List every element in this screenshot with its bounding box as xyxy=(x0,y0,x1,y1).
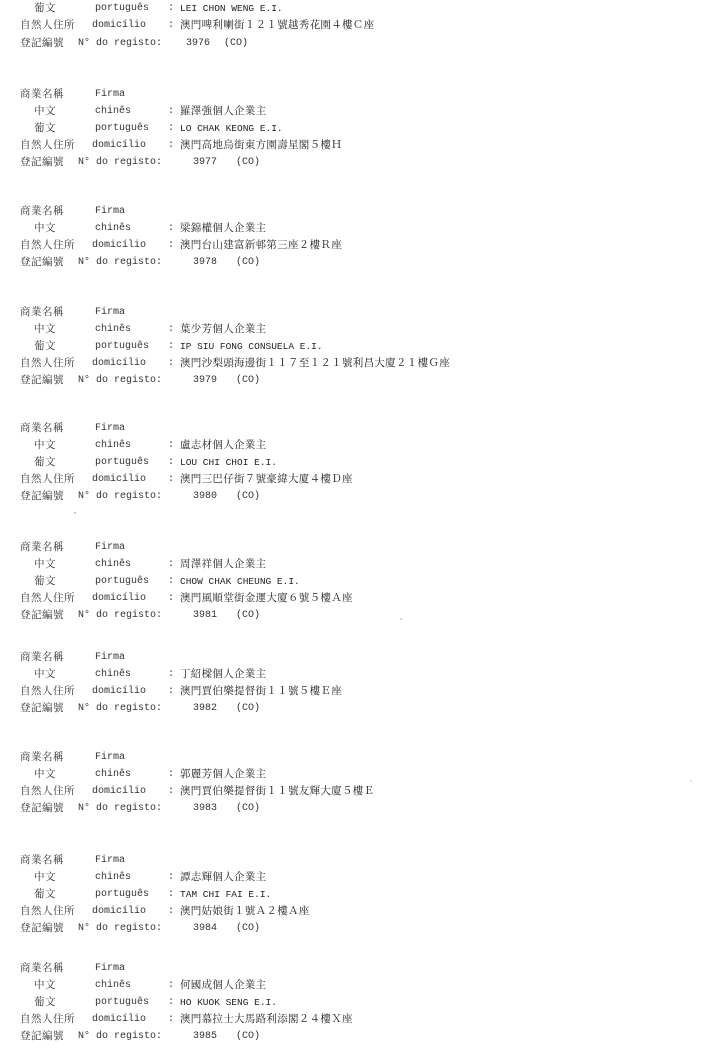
colon: : xyxy=(168,869,174,886)
colon: : xyxy=(168,338,174,355)
colon: : xyxy=(168,977,174,994)
domicile-label-pt: domicílio xyxy=(92,471,146,488)
firm-label-zh: 商業名稱 xyxy=(20,749,64,766)
portuguese-name-row: 葡文 português : CHOW CHAK CHEUNG E.I. xyxy=(0,573,711,590)
registration-number: 3985 xyxy=(193,1028,217,1045)
portuguese-label-pt: português xyxy=(95,0,149,17)
colon: : xyxy=(168,683,174,700)
registration-number: 3982 xyxy=(193,700,217,717)
firm-label-pt: Firma xyxy=(95,203,125,220)
registration-row: 登記編號 N° do registo: 3982 (CO) xyxy=(0,700,711,717)
chinese-label-pt: chinês xyxy=(95,437,131,454)
domicile-label-zh: 自然人住所 xyxy=(20,471,75,488)
portuguese-label-pt: português xyxy=(95,573,149,590)
scan-speck xyxy=(400,618,402,620)
registration-suffix: (CO) xyxy=(236,920,260,937)
registration-suffix: (CO) xyxy=(236,254,260,271)
domicile-label-zh: 自然人住所 xyxy=(20,903,75,920)
firm-label-pt: Firma xyxy=(95,304,125,321)
colon: : xyxy=(168,321,174,338)
firm-heading-row: 商業名稱 Firma xyxy=(0,539,711,556)
registration-label-zh: 登記編號 xyxy=(20,254,64,271)
portuguese-label-zh: 葡文 xyxy=(34,338,56,355)
registration-label-zh: 登記編號 xyxy=(20,700,64,717)
colon: : xyxy=(168,573,174,590)
chinese-name-row: 中文 chinês : 羅澤強個人企業主 xyxy=(0,103,711,120)
chinese-label-zh: 中文 xyxy=(34,220,56,237)
firm-name-pt: LEI CHON WENG E.I. xyxy=(180,0,283,17)
registration-label-zh: 登記編號 xyxy=(20,35,64,52)
domicile-value: 澳門賈伯樂提督街１１號５樓Ｅ座 xyxy=(180,683,342,700)
chinese-name-row: 中文 chinês : 葉少芳個人企業主 xyxy=(0,321,711,338)
chinese-label-pt: chinês xyxy=(95,869,131,886)
colon: : xyxy=(168,103,174,120)
registration-suffix: (CO) xyxy=(236,607,260,624)
portuguese-label-pt: português xyxy=(95,338,149,355)
colon: : xyxy=(168,237,174,254)
scan-speck xyxy=(690,780,692,782)
registration-number: 3979 xyxy=(193,372,217,389)
domicile-label-zh: 自然人住所 xyxy=(20,137,75,154)
firm-heading-row: 商業名稱 Firma xyxy=(0,420,711,437)
portuguese-name-row: 葡文 português : LEI CHON WENG E.I. xyxy=(0,0,711,17)
portuguese-name-row: 葡文 português : LOU CHI CHOI E.I. xyxy=(0,454,711,471)
portuguese-label-zh: 葡文 xyxy=(34,454,56,471)
firm-name-zh: 周澤祥個人企業主 xyxy=(180,556,266,573)
domicile-value: 澳門三巴仔街７號豪緯大廈４樓Ｄ座 xyxy=(180,471,353,488)
firm-label-zh: 商業名稱 xyxy=(20,539,64,556)
firm-name-zh: 何國成個人企業主 xyxy=(180,977,266,994)
registration-row: 登記編號 N° do registo: 3983 (CO) xyxy=(0,800,711,817)
portuguese-label-zh: 葡文 xyxy=(34,120,56,137)
domicile-label-pt: domicílio xyxy=(92,355,146,372)
domicile-row: 自然人住所 domicílio : 澳門啤利喇街１２１號越秀花園４樓Ｃ座 xyxy=(0,17,711,34)
registration-label-zh: 登記編號 xyxy=(20,607,64,624)
chinese-name-row: 中文 chinês : 譚志輝個人企業主 xyxy=(0,869,711,886)
portuguese-label-zh: 葡文 xyxy=(34,886,56,903)
colon: : xyxy=(168,355,174,372)
chinese-label-zh: 中文 xyxy=(34,321,56,338)
registration-suffix: (CO) xyxy=(236,700,260,717)
domicile-row: 自然人住所 domicílio : 澳門三巴仔街７號豪緯大廈４樓Ｄ座 xyxy=(0,471,711,488)
firm-heading-row: 商業名稱 Firma xyxy=(0,749,711,766)
registration-row: 登記編號 N° do registo: 3978 (CO) xyxy=(0,254,711,271)
registration-label-pt: N° do registo: xyxy=(78,254,162,271)
domicile-value: 澳門沙梨頭海邊街１１７至１２１號利昌大廈２１樓Ｇ座 xyxy=(180,355,450,372)
firm-name-pt: TAM CHI FAI E.I. xyxy=(180,886,271,903)
chinese-label-zh: 中文 xyxy=(34,766,56,783)
chinese-name-row: 中文 chinês : 梁錦權個人企業主 xyxy=(0,220,711,237)
firm-name-pt: HO KUOK SENG E.I. xyxy=(180,994,277,1011)
domicile-row: 自然人住所 domicílio : 澳門高地烏街東方園壽星閣５樓Ｈ xyxy=(0,137,711,154)
registration-number: 3977 xyxy=(193,154,217,171)
firm-label-zh: 商業名稱 xyxy=(20,852,64,869)
registration-number: 3980 xyxy=(193,488,217,505)
registration-label-zh: 登記編號 xyxy=(20,920,64,937)
chinese-label-zh: 中文 xyxy=(34,556,56,573)
registration-label-pt: N° do registo: xyxy=(78,1028,162,1045)
firm-label-zh: 商業名稱 xyxy=(20,960,64,977)
domicile-row: 自然人住所 domicílio : 澳門賈伯樂提督街１１號友輝大廈５樓Ｅ xyxy=(0,783,711,800)
domicile-label-pt: domicílio xyxy=(92,17,146,34)
firm-heading-row: 商業名稱 Firma xyxy=(0,203,711,220)
registration-label-zh: 登記編號 xyxy=(20,154,64,171)
chinese-label-zh: 中文 xyxy=(34,103,56,120)
firm-heading-row: 商業名稱 Firma xyxy=(0,304,711,321)
registration-number: 3983 xyxy=(193,800,217,817)
portuguese-label-pt: português xyxy=(95,454,149,471)
domicile-label-zh: 自然人住所 xyxy=(20,355,75,372)
registration-suffix: (CO) xyxy=(236,800,260,817)
firm-label-zh: 商業名稱 xyxy=(20,86,64,103)
colon: : xyxy=(168,783,174,800)
portuguese-label-pt: português xyxy=(95,994,149,1011)
firm-name-zh: 郭麗芳個人企業主 xyxy=(180,766,266,783)
registration-suffix: (CO) xyxy=(236,372,260,389)
domicile-value: 澳門風順堂街金運大廈６號５樓Ａ座 xyxy=(180,590,353,607)
scan-speck xyxy=(74,512,76,514)
firm-name-zh: 盧志材個人企業主 xyxy=(180,437,266,454)
firm-heading-row: 商業名稱 Firma xyxy=(0,960,711,977)
firm-label-pt: Firma xyxy=(95,539,125,556)
chinese-label-pt: chinês xyxy=(95,766,131,783)
domicile-label-pt: domicílio xyxy=(92,903,146,920)
chinese-label-pt: chinês xyxy=(95,220,131,237)
colon: : xyxy=(168,590,174,607)
firm-label-zh: 商業名稱 xyxy=(20,649,64,666)
chinese-label-zh: 中文 xyxy=(34,869,56,886)
portuguese-label-zh: 葡文 xyxy=(34,994,56,1011)
portuguese-name-row: 葡文 português : TAM CHI FAI E.I. xyxy=(0,886,711,903)
registration-label-pt: N° do registo: xyxy=(78,154,162,171)
domicile-value: 澳門慕拉士大馬路利添閣２４樓Ｘ座 xyxy=(180,1011,353,1028)
registration-label-pt: N° do registo: xyxy=(78,488,162,505)
chinese-label-pt: chinês xyxy=(95,103,131,120)
chinese-name-row: 中文 chinês : 周澤祥個人企業主 xyxy=(0,556,711,573)
firm-label-pt: Firma xyxy=(95,852,125,869)
colon: : xyxy=(168,994,174,1011)
registration-row: 登記編號 N° do registo: 3976 (CO) xyxy=(0,35,711,52)
portuguese-name-row: 葡文 português : LO CHAK KEONG E.I. xyxy=(0,120,711,137)
registration-number: 3984 xyxy=(193,920,217,937)
registration-label-pt: N° do registo: xyxy=(78,700,162,717)
domicile-row: 自然人住所 domicílio : 澳門慕拉士大馬路利添閣２４樓Ｘ座 xyxy=(0,1011,711,1028)
domicile-label-zh: 自然人住所 xyxy=(20,17,75,34)
colon: : xyxy=(168,903,174,920)
colon: : xyxy=(168,471,174,488)
chinese-label-pt: chinês xyxy=(95,321,131,338)
domicile-label-zh: 自然人住所 xyxy=(20,1011,75,1028)
domicile-label-pt: domicílio xyxy=(92,137,146,154)
firm-name-pt: CHOW CHAK CHEUNG E.I. xyxy=(180,573,300,590)
gazette-page: 葡文 português : LEI CHON WENG E.I. 自然人住所 … xyxy=(0,0,711,1057)
colon: : xyxy=(168,886,174,903)
domicile-value: 澳門賈伯樂提督街１１號友輝大廈５樓Ｅ xyxy=(180,783,374,800)
colon: : xyxy=(168,17,174,34)
portuguese-label-zh: 葡文 xyxy=(34,0,56,17)
domicile-label-zh: 自然人住所 xyxy=(20,237,75,254)
domicile-label-pt: domicílio xyxy=(92,683,146,700)
firm-name-zh: 葉少芳個人企業主 xyxy=(180,321,266,338)
registration-row: 登記編號 N° do registo: 3984 (CO) xyxy=(0,920,711,937)
firm-heading-row: 商業名稱 Firma xyxy=(0,852,711,869)
domicile-label-pt: domicílio xyxy=(92,1011,146,1028)
firm-label-pt: Firma xyxy=(95,960,125,977)
firm-name-pt: IP SIU FONG CONSUELA E.I. xyxy=(180,338,323,355)
firm-label-zh: 商業名稱 xyxy=(20,420,64,437)
domicile-label-zh: 自然人住所 xyxy=(20,783,75,800)
registration-number: 3981 xyxy=(193,607,217,624)
firm-label-pt: Firma xyxy=(95,86,125,103)
domicile-value: 澳門高地烏街東方園壽星閣５樓Ｈ xyxy=(180,137,342,154)
registration-suffix: (CO) xyxy=(236,154,260,171)
domicile-row: 自然人住所 domicílio : 澳門賈伯樂提督街１１號５樓Ｅ座 xyxy=(0,683,711,700)
chinese-label-pt: chinês xyxy=(95,977,131,994)
colon: : xyxy=(168,766,174,783)
firm-label-pt: Firma xyxy=(95,749,125,766)
chinese-label-pt: chinês xyxy=(95,666,131,683)
registration-label-pt: N° do registo: xyxy=(78,920,162,937)
domicile-row: 自然人住所 domicílio : 澳門台山建富新邨第三座２樓Ｒ座 xyxy=(0,237,711,254)
domicile-label-pt: domicílio xyxy=(92,783,146,800)
colon: : xyxy=(168,120,174,137)
domicile-label-zh: 自然人住所 xyxy=(20,590,75,607)
colon: : xyxy=(168,666,174,683)
domicile-row: 自然人住所 domicílio : 澳門姑娘街１號Ａ２樓Ａ座 xyxy=(0,903,711,920)
chinese-name-row: 中文 chinês : 郭麗芳個人企業主 xyxy=(0,766,711,783)
colon: : xyxy=(168,220,174,237)
chinese-name-row: 中文 chinês : 盧志材個人企業主 xyxy=(0,437,711,454)
firm-label-pt: Firma xyxy=(95,420,125,437)
registration-number: 3978 xyxy=(193,254,217,271)
domicile-label-pt: domicílio xyxy=(92,590,146,607)
registration-row: 登記編號 N° do registo: 3980 (CO) xyxy=(0,488,711,505)
firm-label-pt: Firma xyxy=(95,649,125,666)
domicile-row: 自然人住所 domicílio : 澳門沙梨頭海邊街１１７至１２１號利昌大廈２１… xyxy=(0,355,711,372)
firm-name-pt: LOU CHI CHOI E.I. xyxy=(180,454,277,471)
registration-row: 登記編號 N° do registo: 3977 (CO) xyxy=(0,154,711,171)
registration-suffix: (CO) xyxy=(236,488,260,505)
chinese-label-zh: 中文 xyxy=(34,977,56,994)
registration-label-pt: N° do registo: xyxy=(78,372,162,389)
colon: : xyxy=(168,454,174,471)
firm-heading-row: 商業名稱 Firma xyxy=(0,649,711,666)
firm-name-zh: 丁紹樑個人企業主 xyxy=(180,666,266,683)
registration-row: 登記編號 N° do registo: 3985 (CO) xyxy=(0,1028,711,1045)
chinese-name-row: 中文 chinês : 丁紹樑個人企業主 xyxy=(0,666,711,683)
chinese-label-pt: chinês xyxy=(95,556,131,573)
firm-name-zh: 羅澤強個人企業主 xyxy=(180,103,266,120)
domicile-value: 澳門台山建富新邨第三座２樓Ｒ座 xyxy=(180,237,342,254)
registration-row: 登記編號 N° do registo: 3981 (CO) xyxy=(0,607,711,624)
firm-name-pt: LO CHAK KEONG E.I. xyxy=(180,120,283,137)
firm-name-zh: 梁錦權個人企業主 xyxy=(180,220,266,237)
registration-row: 登記編號 N° do registo: 3979 (CO) xyxy=(0,372,711,389)
portuguese-label-pt: português xyxy=(95,120,149,137)
colon: : xyxy=(168,556,174,573)
domicile-value: 澳門姑娘街１號Ａ２樓Ａ座 xyxy=(180,903,310,920)
domicile-value: 澳門啤利喇街１２１號越秀花園４樓Ｃ座 xyxy=(180,17,374,34)
chinese-label-zh: 中文 xyxy=(34,666,56,683)
firm-heading-row: 商業名稱 Firma xyxy=(0,86,711,103)
registration-label-zh: 登記編號 xyxy=(20,1028,64,1045)
domicile-row: 自然人住所 domicílio : 澳門風順堂街金運大廈６號５樓Ａ座 xyxy=(0,590,711,607)
firm-label-zh: 商業名稱 xyxy=(20,203,64,220)
portuguese-name-row: 葡文 português : IP SIU FONG CONSUELA E.I. xyxy=(0,338,711,355)
colon: : xyxy=(168,437,174,454)
registration-label-pt: N° do registo: xyxy=(78,607,162,624)
portuguese-label-pt: português xyxy=(95,886,149,903)
domicile-label-pt: domicílio xyxy=(92,237,146,254)
domicile-label-zh: 自然人住所 xyxy=(20,683,75,700)
portuguese-name-row: 葡文 português : HO KUOK SENG E.I. xyxy=(0,994,711,1011)
colon: : xyxy=(168,0,174,17)
portuguese-label-zh: 葡文 xyxy=(34,573,56,590)
registration-label-zh: 登記編號 xyxy=(20,488,64,505)
colon: : xyxy=(168,1011,174,1028)
registration-label-pt: N° do registo: xyxy=(78,800,162,817)
registration-number: 3976 xyxy=(186,35,210,52)
firm-name-zh: 譚志輝個人企業主 xyxy=(180,869,266,886)
chinese-label-zh: 中文 xyxy=(34,437,56,454)
firm-label-zh: 商業名稱 xyxy=(20,304,64,321)
registration-suffix: (CO) xyxy=(236,1028,260,1045)
registration-label-zh: 登記編號 xyxy=(20,372,64,389)
registration-suffix: (CO) xyxy=(224,35,248,52)
chinese-name-row: 中文 chinês : 何國成個人企業主 xyxy=(0,977,711,994)
registration-label-pt: N° do registo: xyxy=(78,35,162,52)
colon: : xyxy=(168,137,174,154)
registration-label-zh: 登記編號 xyxy=(20,800,64,817)
